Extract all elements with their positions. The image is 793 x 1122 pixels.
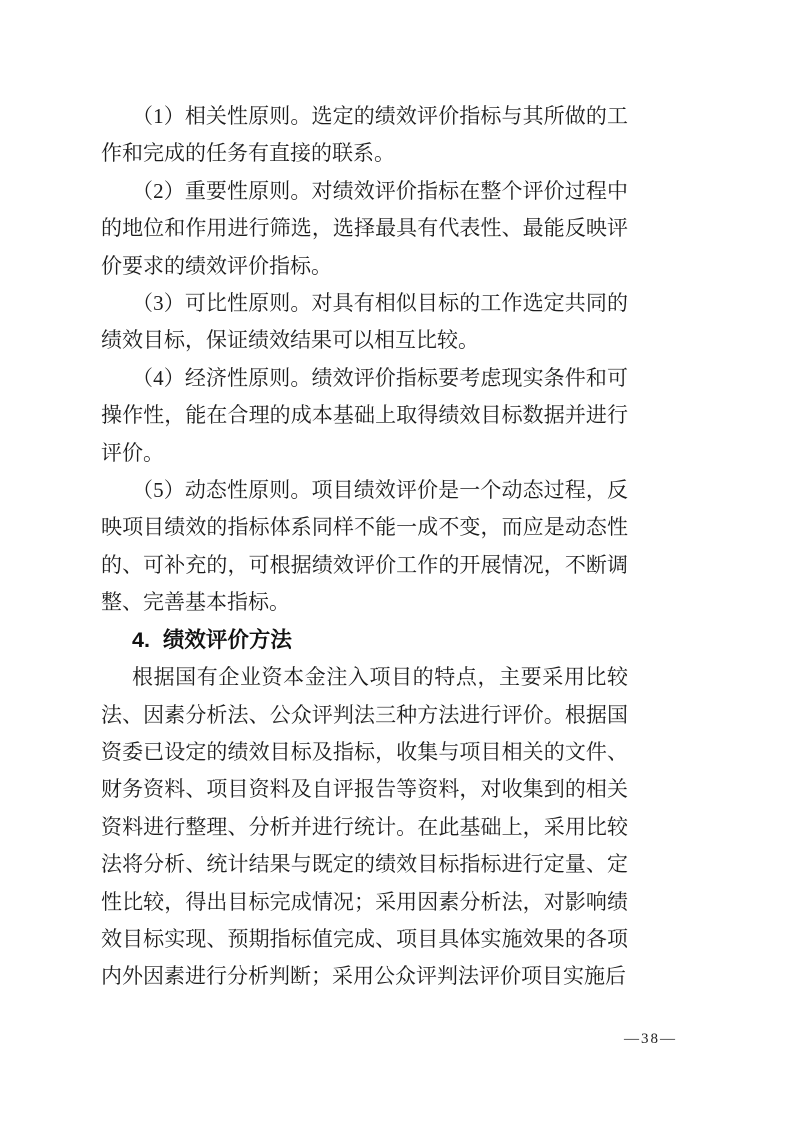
paragraph-principle-economy: （4）经济性原则。绩效评价指标要考虑现实条件和可操作性，能在合理的成本基础上取得… — [101, 360, 628, 472]
paragraph-principle-comparability: （3）可比性原则。对具有相似目标的工作选定共同的绩效目标，保证绩效结果可以相互比… — [101, 285, 628, 360]
paragraph-principle-relevance: （1）相关性原则。选定的绩效评价指标与其所做的工作和完成的任务有直接的联系。 — [101, 98, 628, 173]
paragraph-principle-importance: （2）重要性原则。对绩效评价指标在整个评价过程中的地位和作用进行筛选，选择最具有… — [101, 173, 628, 285]
document-page: （1）相关性原则。选定的绩效评价指标与其所做的工作和完成的任务有直接的联系。 （… — [0, 0, 793, 1122]
footer-dash-left: — — [624, 1031, 641, 1047]
paragraph-evaluation-methods: 根据国有企业资本金注入项目的特点，主要采用比较法、因素分析法、公众评判法三种方法… — [101, 659, 628, 996]
section-heading-title: 绩效评价方法 — [163, 628, 292, 652]
footer-dash-right: — — [660, 1031, 677, 1047]
document-body: （1）相关性原则。选定的绩效评价指标与其所做的工作和完成的任务有直接的联系。 （… — [101, 98, 628, 996]
page-footer: —38— — [624, 1030, 677, 1048]
section-heading-number: 4. — [132, 628, 150, 652]
section-heading: 4. 绩效评价方法 — [101, 622, 628, 659]
page-number: 38 — [641, 1031, 660, 1047]
paragraph-principle-dynamic: （5）动态性原则。项目绩效评价是一个动态过程，反映项目绩效的指标体系同样不能一成… — [101, 472, 628, 622]
